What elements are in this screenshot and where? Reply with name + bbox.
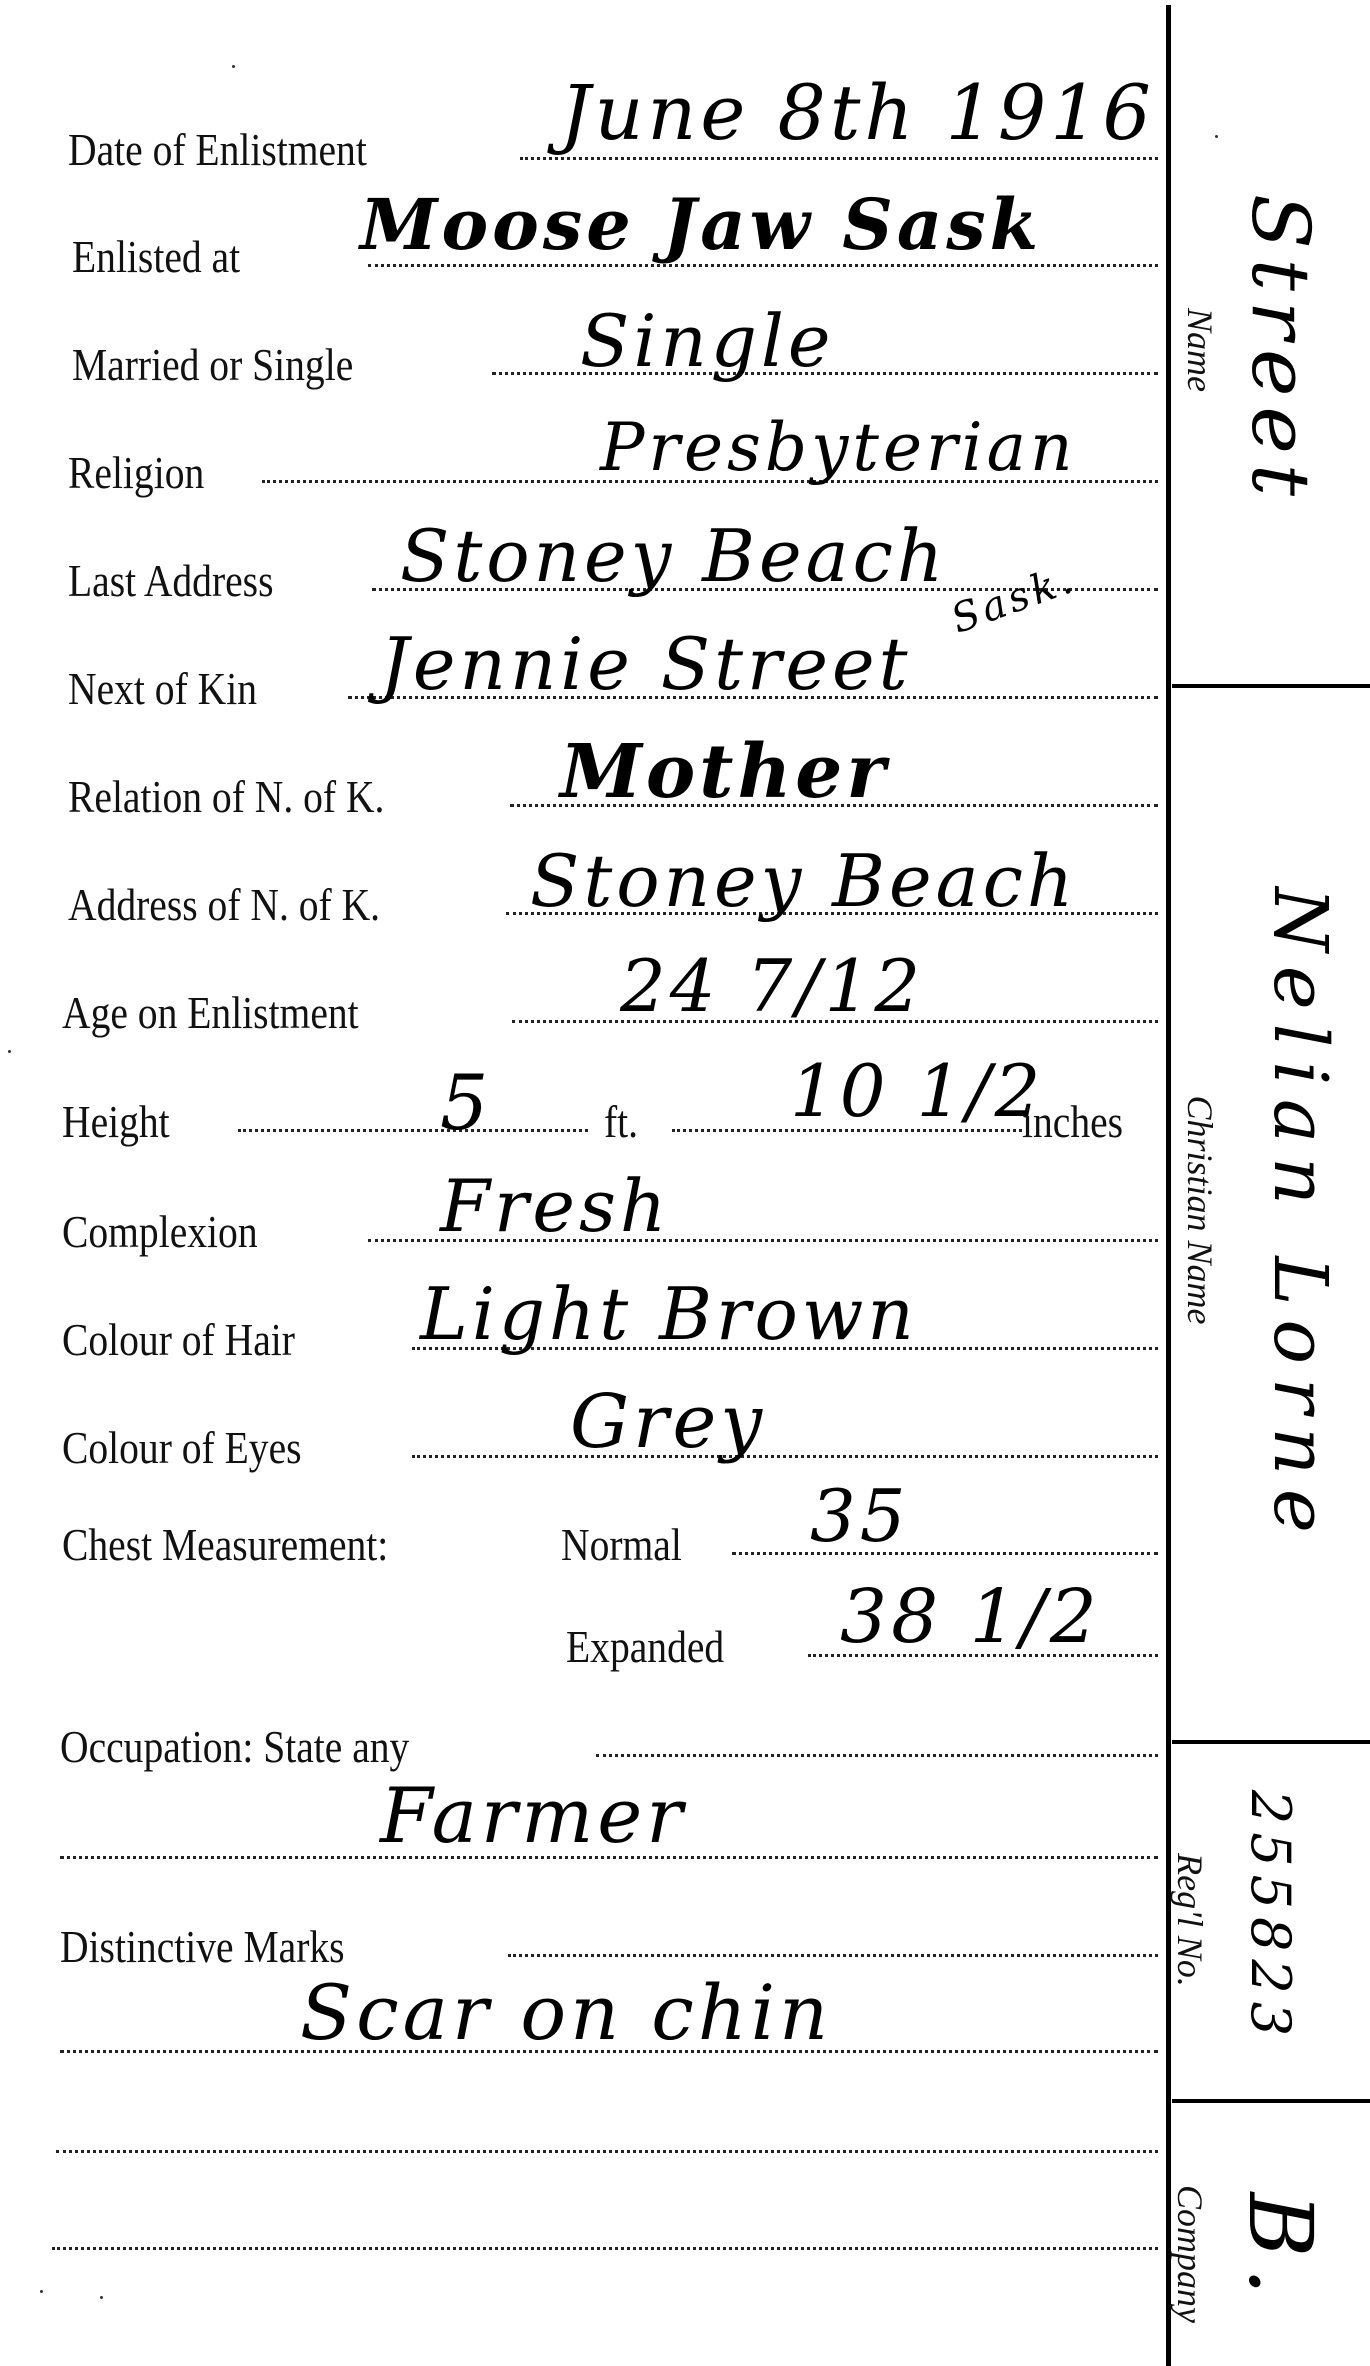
value-complexion: Fresh bbox=[440, 1170, 670, 1242]
leader-distinctive-marks bbox=[508, 1954, 1158, 1957]
value-distinctive-marks: Scar on chin bbox=[300, 1975, 832, 2051]
value-last-address-province: Sask. bbox=[946, 558, 1081, 640]
leader-chest-normal bbox=[732, 1552, 1158, 1555]
label-distinctive-marks: Distinctive Marks bbox=[60, 1924, 345, 1970]
value-side-name: Street bbox=[1240, 170, 1320, 530]
divider-christian-reg bbox=[1172, 1740, 1370, 1744]
label-religion: Religion bbox=[68, 450, 204, 496]
value-date-of-enlistment: June 8th 1916 bbox=[560, 75, 1155, 151]
label-occupation: Occupation: State any bbox=[60, 1724, 409, 1770]
value-address-nok: Stoney Beach bbox=[530, 845, 1077, 917]
label-last-address: Last Address bbox=[68, 558, 273, 604]
label-chest-measurement: Chest Measurement: bbox=[62, 1522, 388, 1568]
value-side-christian-name: Nelian Lorne bbox=[1263, 717, 1337, 1717]
value-height-feet: 5 bbox=[440, 1065, 492, 1141]
value-side-company: B. bbox=[1236, 2189, 1324, 2309]
label-height-inches: inches bbox=[1022, 1099, 1123, 1145]
scan-speck bbox=[100, 2296, 103, 2299]
divider-name-christian bbox=[1172, 684, 1370, 688]
value-last-address: Stoney Beach bbox=[400, 520, 947, 592]
value-married-or-single: Single bbox=[580, 305, 834, 377]
leader-height-feet bbox=[238, 1129, 588, 1132]
attestation-card: Date of Enlistment June 8th 1916 Enliste… bbox=[0, 0, 1370, 2366]
label-colour-of-eyes: Colour of Eyes bbox=[62, 1425, 302, 1471]
label-side-name: Name bbox=[1182, 305, 1218, 395]
value-next-of-kin: Jennie Street bbox=[380, 628, 912, 700]
value-side-regimental-no: 255823 bbox=[1243, 1767, 1297, 2067]
label-age-on-enlistment: Age on Enlistment bbox=[62, 990, 359, 1036]
value-chest-normal: 35 bbox=[810, 1480, 910, 1552]
scan-speck bbox=[1215, 135, 1218, 138]
label-address-nok: Address of N. of K. bbox=[68, 882, 380, 928]
label-height-ft: ft. bbox=[604, 1099, 638, 1145]
value-chest-expanded: 38 1/2 bbox=[840, 1580, 1101, 1654]
value-relation-nok: Mother bbox=[560, 735, 889, 809]
label-side-christian-name: Christian Name bbox=[1182, 1050, 1218, 1370]
leader-blank-2 bbox=[52, 2247, 1158, 2250]
leader-occupation bbox=[596, 1754, 1158, 1757]
leader-colour-of-eyes bbox=[412, 1455, 1158, 1458]
leader-blank-1 bbox=[56, 2150, 1158, 2153]
value-height-inches: 10 1/2 bbox=[790, 1055, 1044, 1127]
value-colour-of-hair: Light Brown bbox=[420, 1278, 918, 1350]
value-enlisted-at: Moose Jaw Sask bbox=[360, 190, 1042, 260]
value-occupation: Farmer bbox=[380, 1778, 687, 1854]
label-side-company: Company bbox=[1172, 2154, 1208, 2354]
leader-date-of-enlistment bbox=[520, 157, 1158, 160]
scan-speck bbox=[232, 65, 235, 68]
label-date-of-enlistment: Date of Enlistment bbox=[68, 127, 367, 173]
scan-speck bbox=[40, 2290, 43, 2293]
label-enlisted-at: Enlisted at bbox=[72, 234, 240, 280]
label-colour-of-hair: Colour of Hair bbox=[62, 1317, 295, 1363]
label-next-of-kin: Next of Kin bbox=[68, 666, 257, 712]
label-height: Height bbox=[62, 1099, 170, 1145]
value-age-on-enlistment: 24 7/12 bbox=[620, 950, 924, 1022]
value-colour-of-eyes: Grey bbox=[570, 1385, 766, 1459]
column-divider-vertical bbox=[1166, 5, 1171, 2366]
divider-reg-company bbox=[1172, 2099, 1370, 2103]
label-side-regimental-no: Reg'l No. bbox=[1172, 1820, 1208, 2020]
label-chest-normal: Normal bbox=[561, 1522, 682, 1568]
label-married-or-single: Married or Single bbox=[72, 342, 353, 388]
label-chest-expanded: Expanded bbox=[566, 1624, 724, 1670]
label-relation-nok: Relation of N. of K. bbox=[68, 774, 384, 820]
value-religion: Presbyterian bbox=[600, 415, 1077, 481]
label-complexion: Complexion bbox=[62, 1209, 258, 1255]
scan-speck bbox=[8, 1050, 11, 1053]
